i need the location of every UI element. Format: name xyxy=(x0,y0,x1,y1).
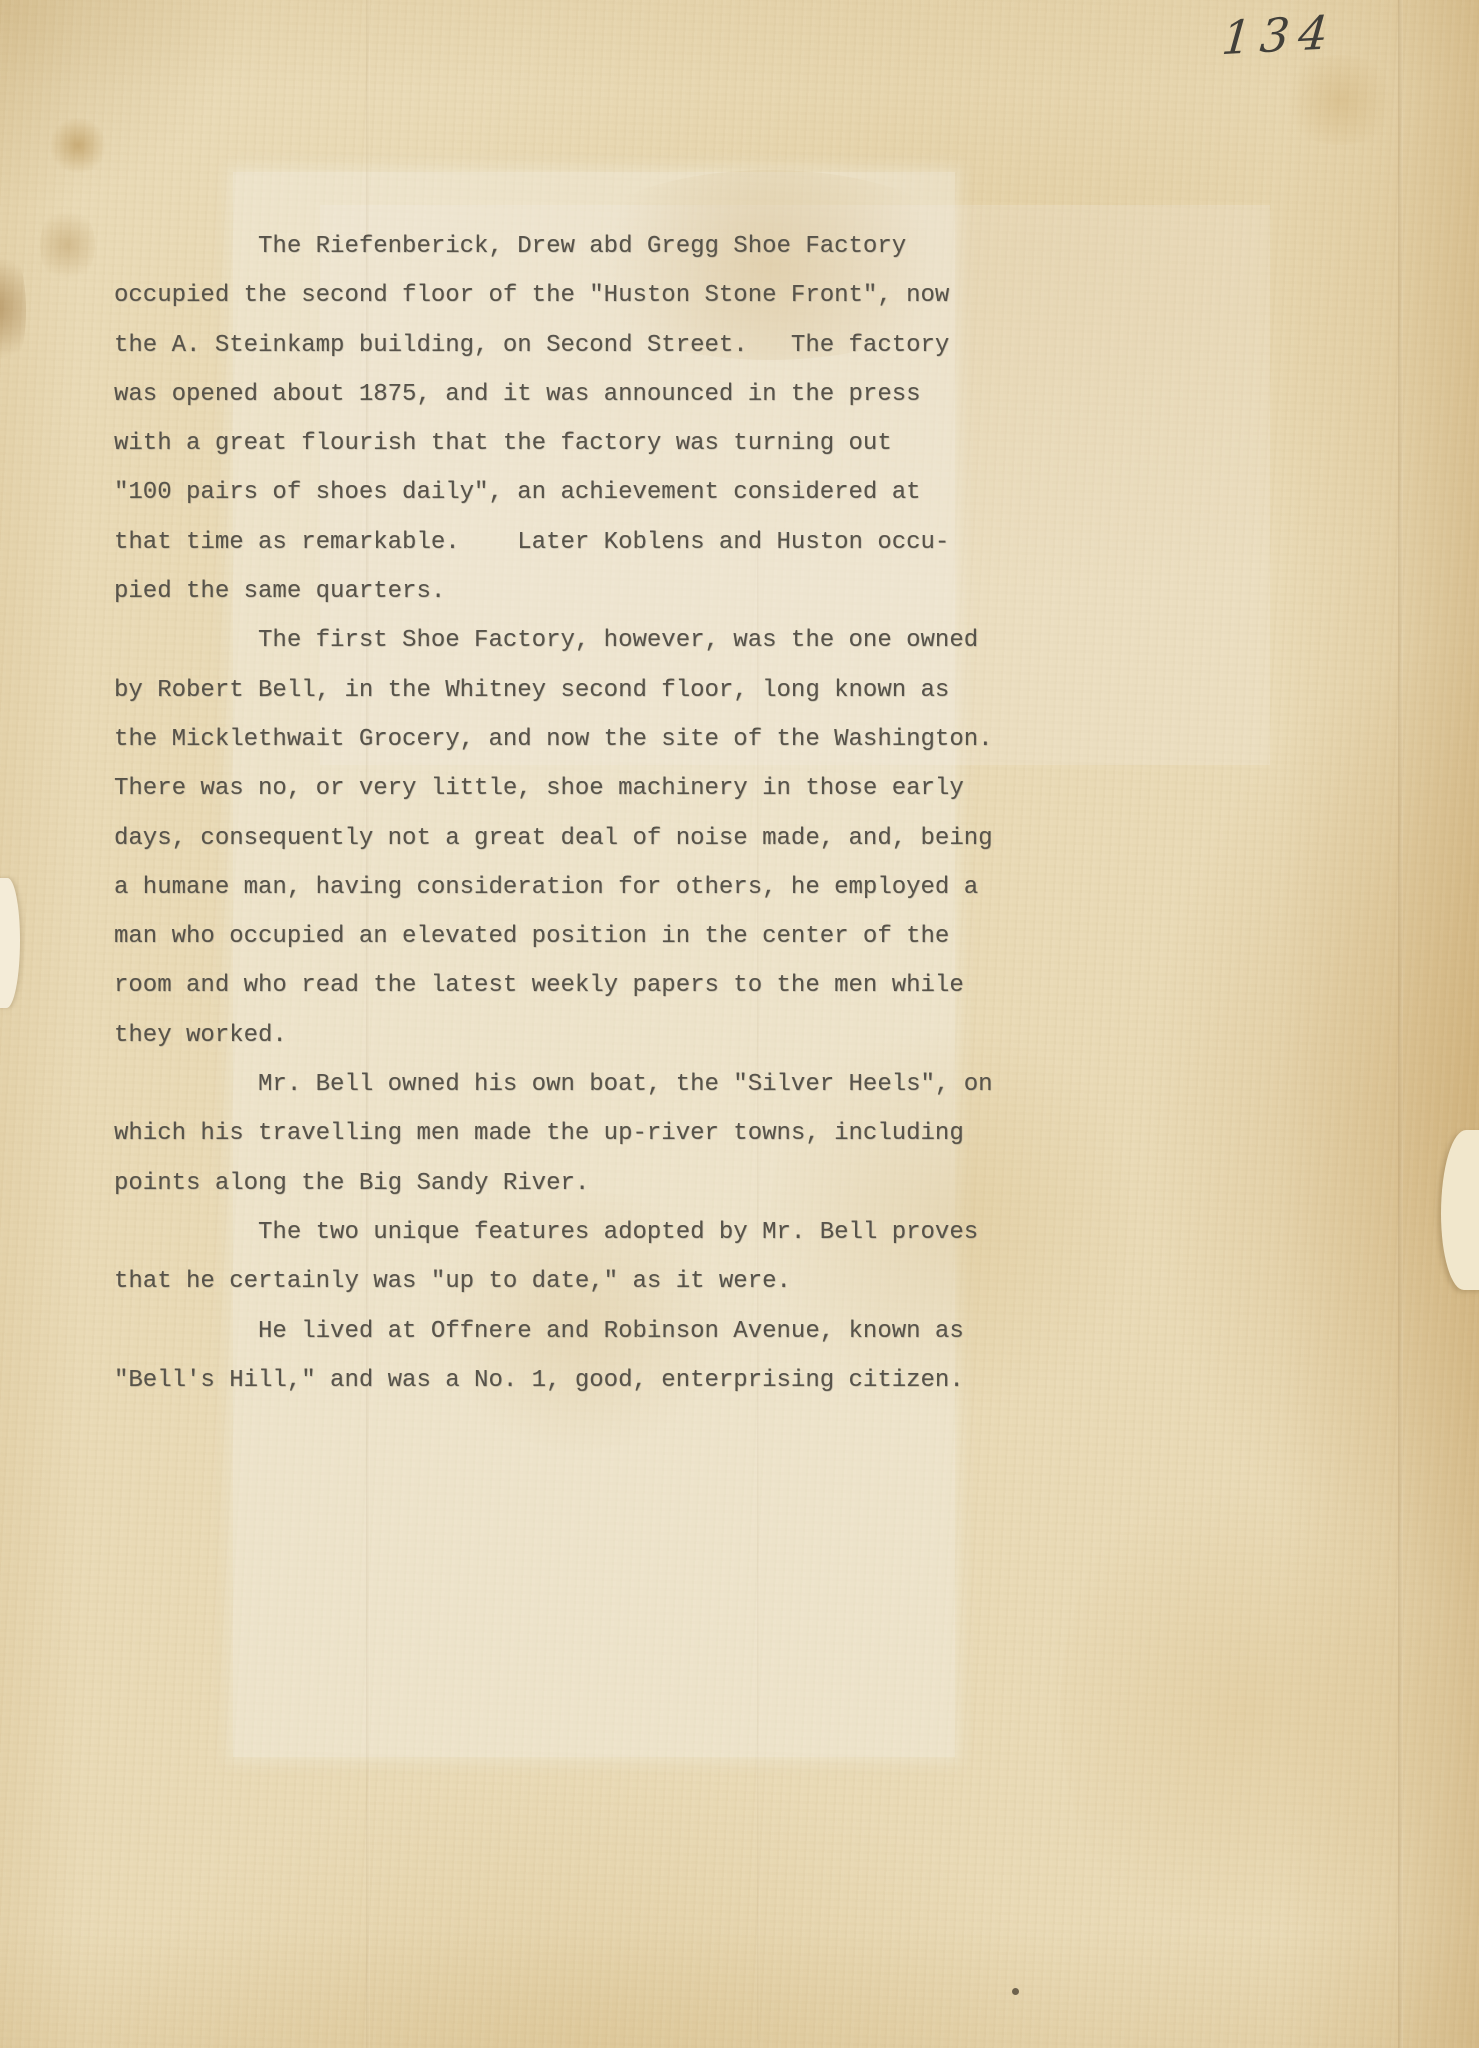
paper-stain xyxy=(40,205,95,285)
typed-text-line: "Bell's Hill," and was a No. 1, good, en… xyxy=(114,1356,1114,1405)
paper-stain xyxy=(1280,55,1400,145)
handwritten-page-number: 134 xyxy=(1220,5,1339,65)
typed-text-line: the A. Steinkamp building, on Second Str… xyxy=(114,321,1114,370)
typed-text-line: "100 pairs of shoes daily", an achieveme… xyxy=(114,468,1114,517)
typed-text-line: occupied the second floor of the "Huston… xyxy=(114,271,1114,320)
typed-text-line: days, consequently not a great deal of n… xyxy=(114,814,1114,863)
typed-text-line: by Robert Bell, in the Whitney second fl… xyxy=(114,666,1114,715)
torn-edge-left-light xyxy=(0,878,20,1008)
ink-speck xyxy=(1012,1988,1019,1995)
typed-text-line: man who occupied an elevated position in… xyxy=(114,912,1114,961)
paper-stain xyxy=(1060,1450,1440,1970)
typed-text-line: The two unique features adopted by Mr. B… xyxy=(114,1208,1114,1257)
typed-text-line: that he certainly was "up to date," as i… xyxy=(114,1257,1114,1306)
typed-text-line: that time as remarkable. Later Koblens a… xyxy=(114,518,1114,567)
typed-text-line: they worked. xyxy=(114,1011,1114,1060)
typed-text-line: which his travelling men made the up-riv… xyxy=(114,1109,1114,1158)
typed-text-line: points along the Big Sandy River. xyxy=(114,1159,1114,1208)
typed-text-line: the Micklethwait Grocery, and now the si… xyxy=(114,715,1114,764)
typed-text-line: room and who read the latest weekly pape… xyxy=(114,961,1114,1010)
typed-text-line: The first Shoe Factory, however, was the… xyxy=(114,616,1114,665)
typed-text-line: with a great flourish that the factory w… xyxy=(114,419,1114,468)
paper-crease xyxy=(1398,0,1403,2048)
torn-edge-left xyxy=(0,248,26,368)
paper-stain xyxy=(48,118,108,173)
typed-text-block: The Riefenberick, Drew abd Gregg Shoe Fa… xyxy=(114,222,1114,1405)
typed-text-line: Mr. Bell owned his own boat, the "Silver… xyxy=(114,1060,1114,1109)
typed-text-line: The Riefenberick, Drew abd Gregg Shoe Fa… xyxy=(114,222,1114,271)
typed-text-line: was opened about 1875, and it was announ… xyxy=(114,370,1114,419)
typed-text-line: a humane man, having consideration for o… xyxy=(114,863,1114,912)
typed-text-line: He lived at Offnere and Robinson Avenue,… xyxy=(114,1307,1114,1356)
typed-text-line: pied the same quarters. xyxy=(114,567,1114,616)
typed-text-line: There was no, or very little, shoe machi… xyxy=(114,764,1114,813)
typewritten-manuscript-page: 134 The Riefenberick, Drew abd Gregg Sho… xyxy=(0,0,1479,2048)
torn-edge-right xyxy=(1441,1130,1479,1290)
